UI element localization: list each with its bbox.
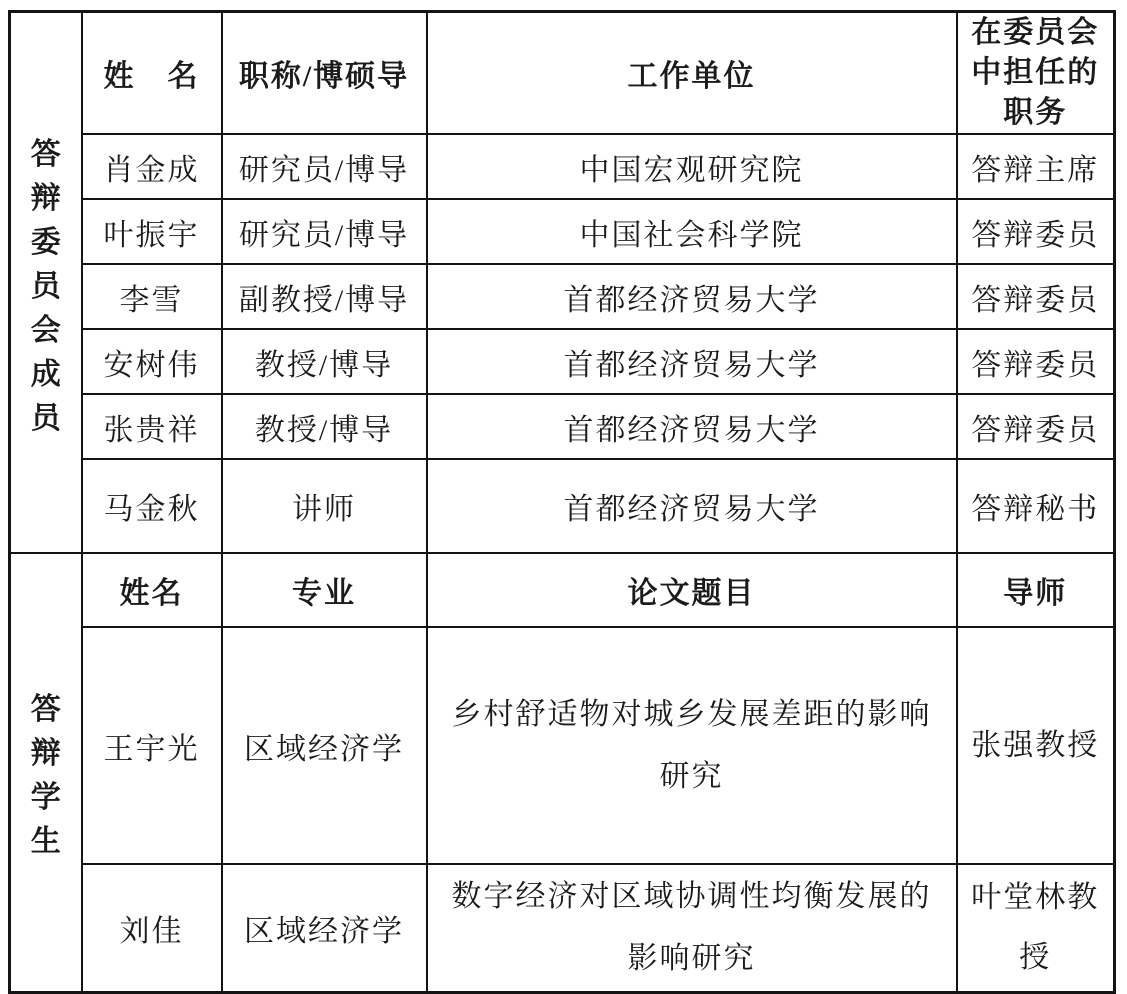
committee-section-label: 答辩委员会成员	[11, 129, 81, 437]
students-section-label: 答辩学生	[11, 684, 81, 860]
student-thesis: 乡村舒适物对城乡发展差距的影响研究	[427, 627, 957, 864]
committee-header-title: 职称/博硕导	[222, 12, 427, 135]
member-title: 研究员/博导	[222, 199, 427, 264]
member-role: 答辩委员	[957, 264, 1115, 329]
student-supervisor: 叶堂林教授	[957, 864, 1115, 992]
students-header-thesis: 论文题目	[427, 553, 957, 627]
member-name: 李雪	[82, 264, 222, 329]
table-row: 李雪 副教授/博导 首都经济贸易大学 答辩委员	[10, 264, 1115, 329]
table-row: 马金秋 讲师 首都经济贸易大学 答辩秘书	[10, 459, 1115, 553]
member-title: 教授/博导	[222, 394, 427, 459]
member-unit: 首都经济贸易大学	[427, 264, 957, 329]
student-name: 刘佳	[82, 864, 222, 992]
member-name: 叶振宇	[82, 199, 222, 264]
students-header-supervisor: 导师	[957, 553, 1115, 627]
table-row: 王宇光 区域经济学 乡村舒适物对城乡发展差距的影响研究 张强教授	[10, 627, 1115, 864]
table-row: 肖金成 研究员/博导 中国宏观研究院 答辩主席	[10, 134, 1115, 199]
member-role: 答辩委员	[957, 329, 1115, 394]
students-header-name: 姓名	[82, 553, 222, 627]
student-major: 区域经济学	[222, 864, 427, 992]
member-name: 肖金成	[82, 134, 222, 199]
member-unit: 中国社会科学院	[427, 199, 957, 264]
member-title: 副教授/博导	[222, 264, 427, 329]
student-name: 王宇光	[82, 627, 222, 864]
member-name: 张贵祥	[82, 394, 222, 459]
member-unit: 首都经济贸易大学	[427, 329, 957, 394]
member-title: 研究员/博导	[222, 134, 427, 199]
member-title: 教授/博导	[222, 329, 427, 394]
table-row: 刘佳 区域经济学 数字经济对区域协调性均衡发展的影响研究 叶堂林教授	[10, 864, 1115, 992]
member-name: 安树伟	[82, 329, 222, 394]
committee-header-row: 答辩委员会成员 姓 名 职称/博硕导 工作单位 在委员会中担任的职务	[10, 12, 1115, 135]
students-header-major: 专业	[222, 553, 427, 627]
document-page: 答辩委员会成员 姓 名 职称/博硕导 工作单位 在委员会中担任的职务 肖金成 研…	[0, 0, 1127, 994]
member-role: 答辩委员	[957, 394, 1115, 459]
committee-header-name: 姓 名	[82, 12, 222, 135]
student-major: 区域经济学	[222, 627, 427, 864]
member-name: 马金秋	[82, 459, 222, 553]
table-row: 叶振宇 研究员/博导 中国社会科学院 答辩委员	[10, 199, 1115, 264]
table-row: 张贵祥 教授/博导 首都经济贸易大学 答辩委员	[10, 394, 1115, 459]
member-role: 答辩委员	[957, 199, 1115, 264]
member-unit: 首都经济贸易大学	[427, 394, 957, 459]
member-role: 答辩主席	[957, 134, 1115, 199]
student-supervisor: 张强教授	[957, 627, 1115, 864]
table-row: 安树伟 教授/博导 首都经济贸易大学 答辩委员	[10, 329, 1115, 394]
student-thesis: 数字经济对区域协调性均衡发展的影响研究	[427, 864, 957, 992]
students-header-row: 答辩学生 姓名 专业 论文题目 导师	[10, 553, 1115, 627]
committee-header-role: 在委员会中担任的职务	[957, 12, 1115, 135]
member-role: 答辩秘书	[957, 459, 1115, 553]
defense-roster-table: 答辩委员会成员 姓 名 职称/博硕导 工作单位 在委员会中担任的职务 肖金成 研…	[8, 10, 1116, 994]
committee-header-unit: 工作单位	[427, 12, 957, 135]
committee-section-label-cell: 答辩委员会成员	[10, 12, 82, 554]
member-title: 讲师	[222, 459, 427, 553]
member-unit: 首都经济贸易大学	[427, 459, 957, 553]
member-unit: 中国宏观研究院	[427, 134, 957, 199]
students-section-label-cell: 答辩学生	[10, 553, 82, 992]
